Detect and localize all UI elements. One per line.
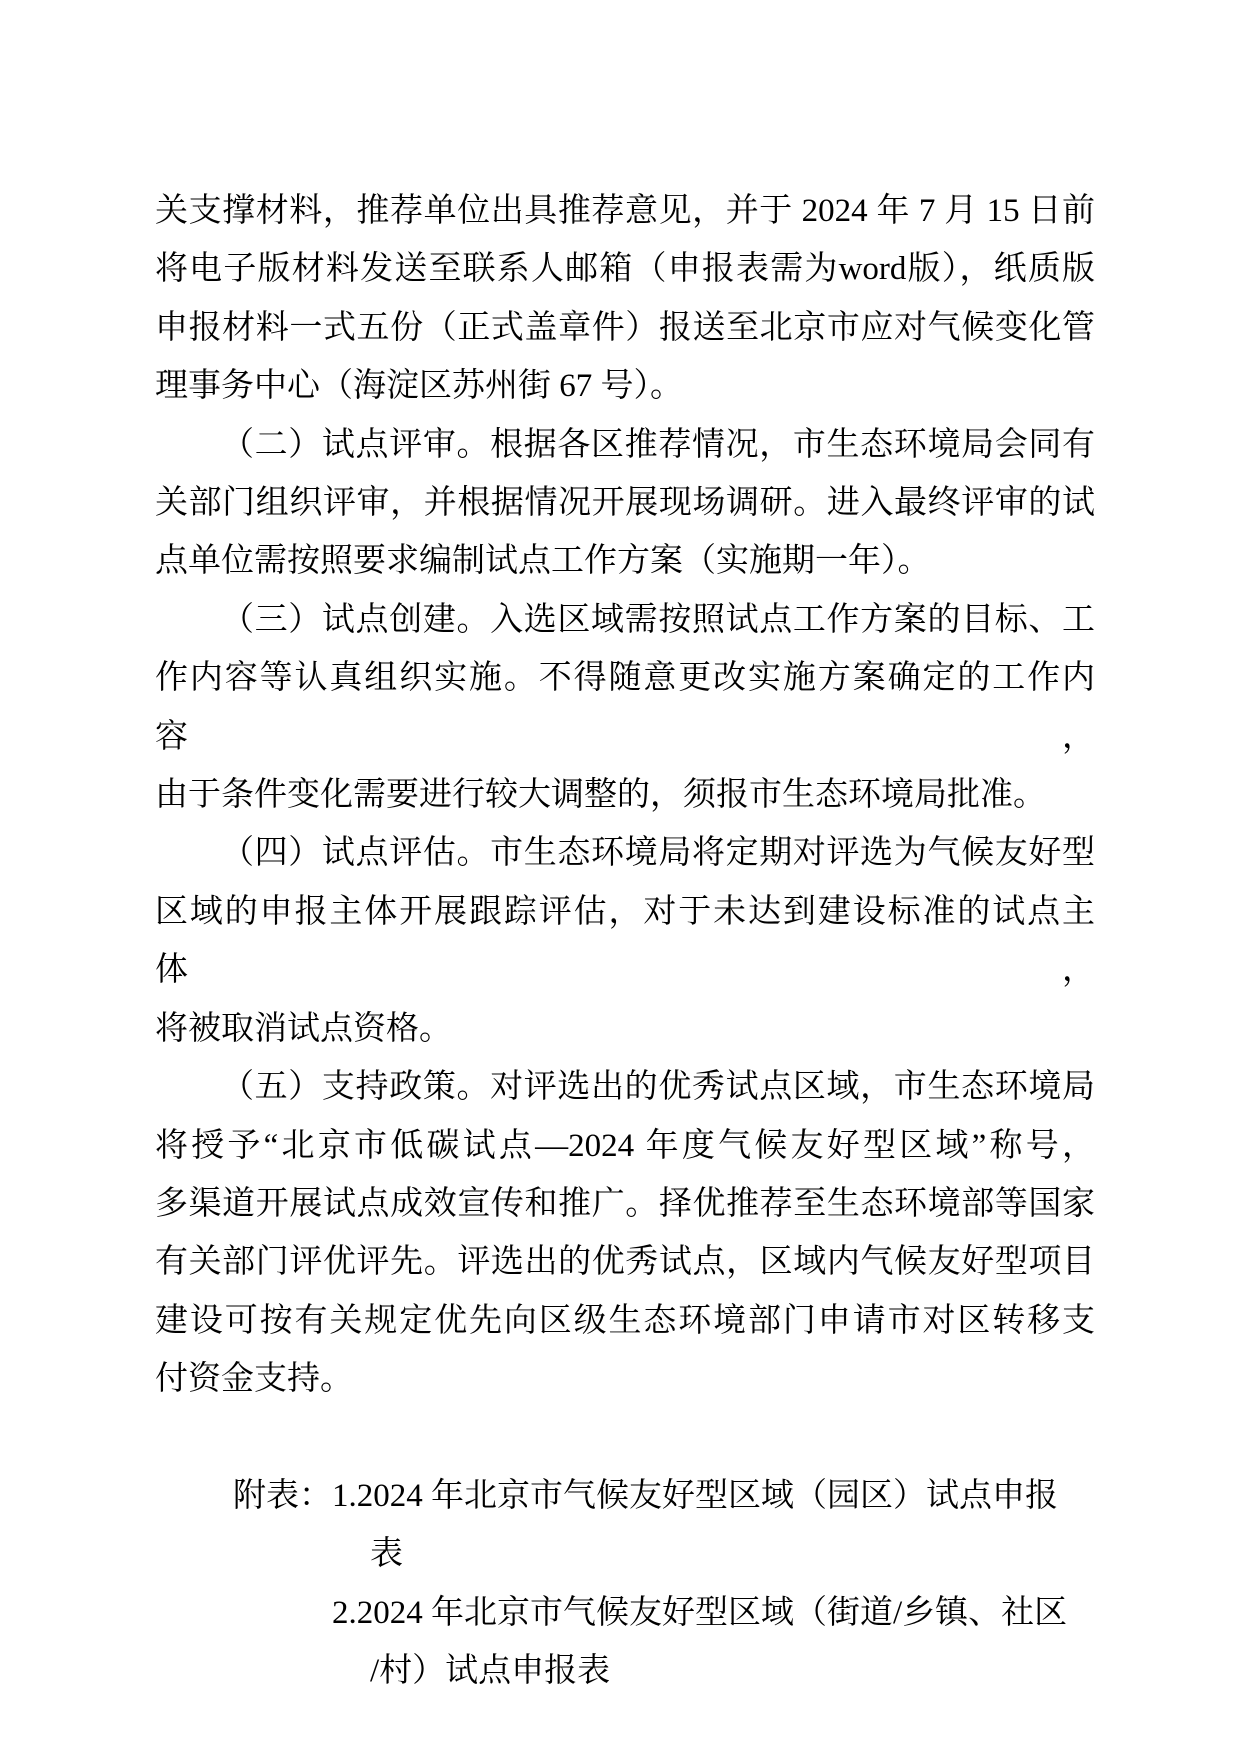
text-line: （三）试点创建。入选区域需按照试点工作方案的目标、工 — [155, 591, 1095, 649]
text-line: （二）试点评审。根据各区推荐情况，市生态环境局会同有 — [155, 416, 1095, 474]
text-line: 将电子版材料发送至联系人邮箱（申报表需为word版），纸质版 — [155, 240, 1095, 298]
text-line: 有关部门评优评先。评选出的优秀试点，区域内气候友好型项目 — [155, 1233, 1095, 1291]
text-run: 对评选出的优秀试点区域，市生态环境局 — [490, 1069, 1095, 1105]
section-heading-label: （三）试点创建。 — [221, 602, 490, 638]
text-line: 建设可按有关规定优先向区级生态环境部门申请市对区转移支 — [155, 1292, 1095, 1350]
text-line: （四）试点评估。市生态环境局将定期对评选为气候友好型 — [155, 824, 1095, 882]
document-body: 关支撑材料，推荐单位出具推荐意见，并于 2024 年 7 月 15 日前将电子版… — [155, 182, 1095, 1701]
text-line: （五）支持政策。对评选出的优秀试点区域，市生态环境局 — [155, 1058, 1095, 1116]
text-run: 付资金支持。 — [155, 1361, 353, 1397]
text-line: 作内容等认真组织实施。不得随意更改实施方案确定的工作内容， — [155, 649, 1095, 766]
text-run: 点单位需按照要求编制试点工作方案（实施期一年）。 — [155, 543, 931, 579]
text-run: 表 — [370, 1536, 403, 1572]
text-run: 关部门组织评审，并根据情况开展现场调研。进入最终评审的试 — [155, 485, 1095, 521]
text-run: 区域的申报主体开展跟踪评估，对于未达到建设标准的试点主体， — [155, 894, 1095, 988]
text-line: 区域的申报主体开展跟踪评估，对于未达到建设标准的试点主体， — [155, 883, 1095, 1000]
text-run: 多渠道开展试点成效宣传和推广。择优推荐至生态环境部等国家 — [155, 1186, 1095, 1222]
text-line: 关支撑材料，推荐单位出具推荐意见，并于 2024 年 7 月 15 日前 — [155, 182, 1095, 240]
text-line: 由于条件变化需要进行较大调整的，须报市生态环境局批准。 — [155, 766, 1095, 824]
attachment-item-1-cont: 表 — [155, 1525, 1095, 1583]
document-page: 关支撑材料，推荐单位出具推荐意见，并于 2024 年 7 月 15 日前将电子版… — [0, 0, 1241, 1754]
text-run: 理事务中心（海淀区苏州街 67 号）。 — [155, 368, 683, 404]
text-run: 有关部门评优评先。评选出的优秀试点，区域内气候友好型项目 — [155, 1244, 1095, 1280]
attachment-item-2-cont: /村）试点申报表 — [155, 1642, 1095, 1700]
text-run: 根据各区推荐情况，市生态环境局会同有 — [490, 427, 1095, 463]
text-run: 由于条件变化需要进行较大调整的，须报市生态环境局批准。 — [155, 777, 1046, 813]
text-line: 将被取消试点资格。 — [155, 1000, 1095, 1058]
text-run: 将授予“北京市低碳试点—2024 年度气候友好型区域”称号， — [155, 1128, 1095, 1164]
text-run: 入选区域需按照试点工作方案的目标、工 — [490, 602, 1095, 638]
text-run: 将电子版材料发送至联系人邮箱（申报表需为word版），纸质版 — [155, 251, 1095, 287]
text-line: 多渠道开展试点成效宣传和推广。择优推荐至生态环境部等国家 — [155, 1175, 1095, 1233]
text-run: 市生态环境局将定期对评选为气候友好型 — [490, 835, 1095, 871]
text-line: 申报材料一式五份（正式盖章件）报送至北京市应对气候变化管 — [155, 299, 1095, 357]
section-heading-label: （四）试点评估。 — [221, 835, 490, 871]
text-run: /村）试点申报表 — [370, 1653, 610, 1689]
attachment-item-1: 附表：1.2024 年北京市气候友好型区域（园区）试点申报 — [155, 1467, 1095, 1525]
text-run: 作内容等认真组织实施。不得随意更改实施方案确定的工作内容， — [155, 660, 1095, 754]
text-line: 将授予“北京市低碳试点—2024 年度气候友好型区域”称号， — [155, 1117, 1095, 1175]
text-run: 附表： — [233, 1478, 332, 1514]
text-line: 付资金支持。 — [155, 1350, 1095, 1408]
text-run: 2.2024 年北京市气候友好型区域（街道/乡镇、社区 — [332, 1595, 1067, 1631]
text-line — [155, 1409, 1095, 1467]
text-run: 申报材料一式五份（正式盖章件）报送至北京市应对气候变化管 — [155, 310, 1095, 346]
attachment-item-2: 2.2024 年北京市气候友好型区域（街道/乡镇、社区 — [155, 1584, 1095, 1642]
section-heading-label: （五）支持政策。 — [221, 1069, 490, 1105]
text-run: 关支撑材料，推荐单位出具推荐意见，并于 2024 年 7 月 15 日前 — [155, 193, 1095, 229]
text-line: 关部门组织评审，并根据情况开展现场调研。进入最终评审的试 — [155, 474, 1095, 532]
text-run: 将被取消试点资格。 — [155, 1011, 452, 1047]
text-line: 理事务中心（海淀区苏州街 67 号）。 — [155, 357, 1095, 415]
section-heading-label: （二）试点评审。 — [221, 427, 490, 463]
text-run: 建设可按有关规定优先向区级生态环境部门申请市对区转移支 — [155, 1303, 1095, 1339]
text-line: 点单位需按照要求编制试点工作方案（实施期一年）。 — [155, 532, 1095, 590]
text-run: 1.2024 年北京市气候友好型区域（园区）试点申报 — [332, 1478, 1058, 1514]
